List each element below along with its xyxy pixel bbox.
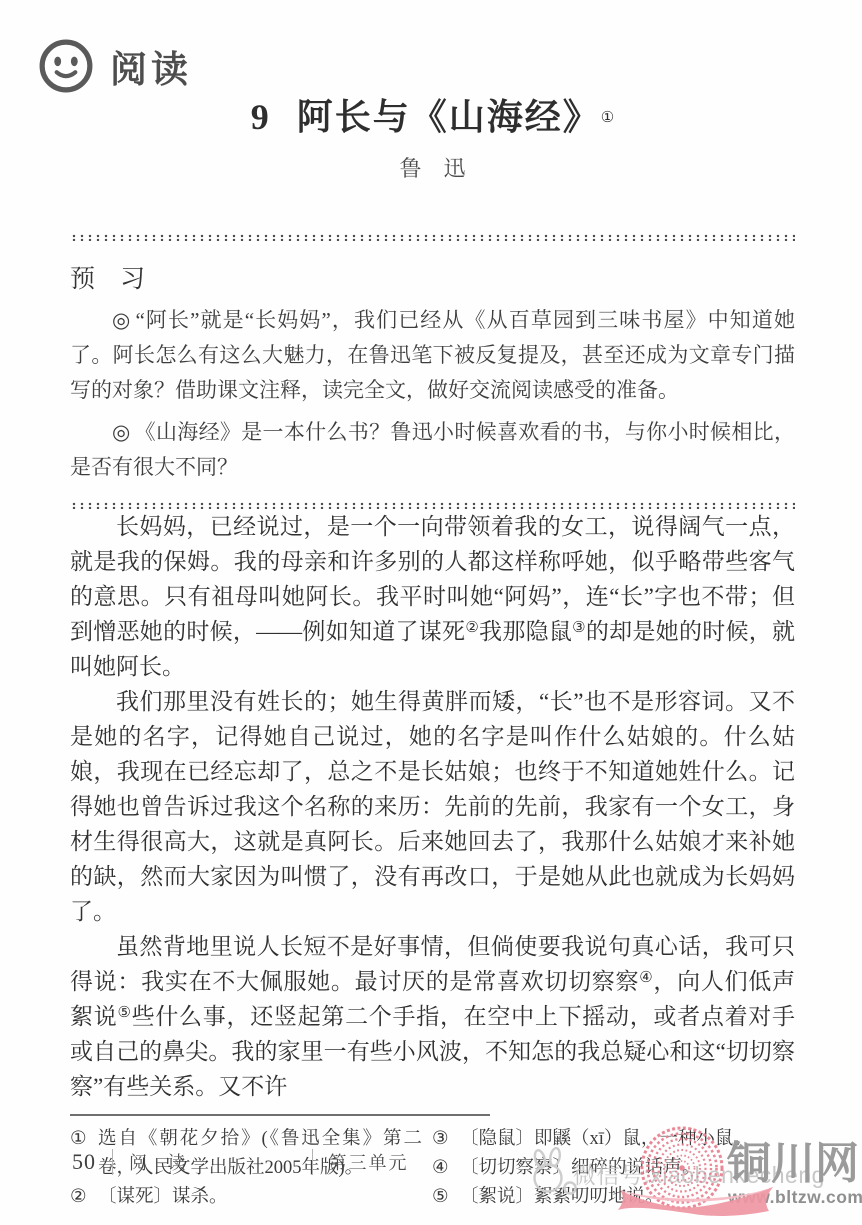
footer-divider — [312, 1149, 313, 1175]
preview-paragraph: ◎《山海经》是一本什么书？鲁迅小时候喜欢看的书，与你小时候相比，是否有很大不同？ — [70, 415, 795, 485]
footnote-marker: ⑤ — [432, 1183, 460, 1212]
title-footnote-ref: ① — [601, 110, 614, 126]
page-content: 阅读 9阿长与《山海经》① 鲁 迅 预 习 ◎“阿长”就是“长妈妈”，我们已经从… — [0, 0, 862, 1212]
footer-section-label: 阅 读 — [129, 1149, 194, 1175]
lesson-title: 阿长与《山海经》 — [297, 97, 601, 137]
dotted-divider-top — [70, 234, 795, 241]
preview-paragraph-text: 《山海经》是一本什么书？鲁迅小时候喜欢看的书，与你小时候相比，是否有很大不同？ — [70, 420, 795, 479]
footnote-marker: ② — [70, 1183, 98, 1212]
preview-paragraph-text: “阿长”就是“长妈妈”，我们已经从《从百草园到三味书屋》中知道她了。阿长怎么有这… — [70, 308, 795, 402]
body-paragraph: 我们那里没有姓长的；她生得黄胖而矮，“长”也不是形容词。又不是她的名字，记得她自… — [70, 684, 795, 929]
footnote-text: 〔谋死〕谋杀。 — [98, 1183, 422, 1212]
preview-heading: 预 习 — [70, 263, 795, 296]
footnote-marker: ④ — [432, 1154, 460, 1183]
ring-bullet-icon: ◎ — [112, 420, 131, 444]
lesson-title-row: 9阿长与《山海经》① — [70, 94, 795, 140]
body-paragraph: 长妈妈，已经说过，是一个一向带领着我的女工，说得阔气一点，就是我的保姆。我的母亲… — [70, 509, 795, 684]
footnote-item: ② 〔谋死〕谋杀。 — [70, 1183, 422, 1212]
body-paragraph: 虽然背地里说人长短不是好事情，但倘使要我说句真心话，我可只得说：我实在不大佩服她… — [70, 929, 795, 1104]
preview-paragraph: ◎“阿长”就是“长妈妈”，我们已经从《从百草园到三味书屋》中知道她了。阿长怎么有… — [70, 303, 795, 408]
section-label: 阅读 — [110, 39, 192, 93]
page-number: 50 — [72, 1149, 96, 1175]
author-name: 鲁 迅 — [70, 154, 795, 184]
site-name-watermark: 铜川网 — [727, 1127, 859, 1191]
dotted-divider-bottom — [70, 502, 795, 509]
footnote-marker: ③ — [432, 1125, 460, 1154]
smiley-face-icon — [38, 38, 94, 94]
watermark-cluster: 微信号:xiaobenkecheng 铜川网 www.bltzw.com — [527, 1125, 862, 1221]
section-header: 阅读 — [38, 0, 795, 94]
ring-bullet-icon: ◎ — [112, 308, 131, 332]
ribbon-icon — [615, 1183, 779, 1219]
footer-unit-label: 第三单元 — [329, 1149, 409, 1175]
lesson-number: 9 — [251, 97, 271, 137]
rabbit-icon — [527, 1147, 579, 1197]
page-footer: 50 阅 读 第三单元 — [72, 1149, 409, 1175]
textbook-page: 阅读 9阿长与《山海经》① 鲁 迅 预 习 ◎“阿长”就是“长妈妈”，我们已经从… — [0, 0, 862, 1225]
footer-divider — [112, 1149, 113, 1175]
footnote-separator — [70, 1114, 490, 1116]
